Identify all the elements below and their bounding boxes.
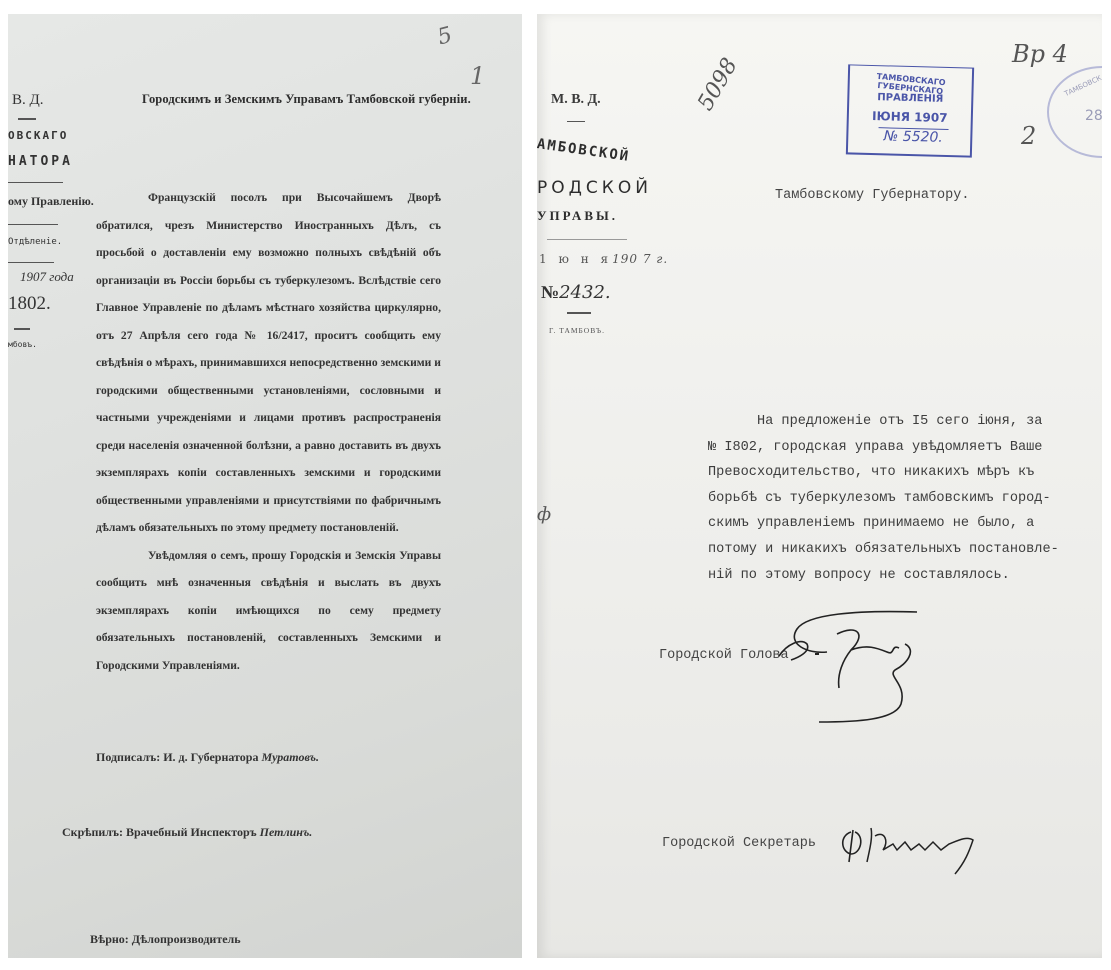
ministry-heading: В. Д. xyxy=(12,92,44,109)
signature-line: Подписалъ: И. д. Губернатора Муратовъ. xyxy=(96,750,319,765)
divider xyxy=(8,224,58,225)
document-date: 1 ю н я190 7 г. xyxy=(539,252,668,266)
addressee: Тамбовскому Губернатору. xyxy=(775,188,969,203)
office-line-1: ОВСКАГО xyxy=(8,129,68,142)
secretary-signature-icon xyxy=(837,822,987,882)
body-line: На предложеніе отъ I5 сего іюня, за xyxy=(708,409,1098,435)
body-line: борьбѣ съ туберкулезомъ тамбовскимъ горо… xyxy=(708,486,1098,512)
body-paragraph: Французскій посолъ при Высочайшемъ Дворѣ… xyxy=(96,184,441,542)
body-line: № I802, городская управа увѣдомляетъ Ваш… xyxy=(708,435,1098,461)
signed-label: Подписалъ: И. д. Губернатора xyxy=(96,750,258,764)
board-name: ому Правленію. xyxy=(8,194,94,209)
city-name: мбовъ. xyxy=(8,340,37,349)
document-number: №2432. xyxy=(541,282,611,303)
mayor-signature-icon xyxy=(767,604,947,734)
document-body: На предложеніе отъ I5 сего іюня, за № I8… xyxy=(708,409,1098,588)
countersigned-label: Скрѣпилъ: Врачебный Инспекторъ xyxy=(62,825,257,839)
certified-line: Вѣрно: Дѣлопроизводитель xyxy=(90,932,241,947)
office-line-1: АМБОВСКОЙ xyxy=(537,136,631,165)
body-line: потому и никакихъ обязательныхъ постанов… xyxy=(708,537,1098,563)
countersigned-name: Петлинъ. xyxy=(260,825,313,839)
countersignature-line: Скрѣпилъ: Врачебный Инспекторъ Петлинъ. xyxy=(62,825,312,840)
mayor-signature-label: Городской Голова xyxy=(659,648,789,663)
registry-stamp: ТАМБОВСКАГО ГУБЕРНСКАГО ПРАВЛЕНІЯ ІЮНЯ 1… xyxy=(846,64,974,157)
body-paragraph: Увѣдомляя о семъ, прошу Городскія и Земс… xyxy=(96,542,441,680)
left-document-page: В. Д. ОВСКАГО НАТОРА ому Правленію. Отдѣ… xyxy=(8,14,522,958)
divider xyxy=(547,239,627,240)
handwritten-note: 2 xyxy=(1021,122,1036,150)
oval-stamp: ТАМБОВСК 28. IV xyxy=(1047,66,1102,158)
divider xyxy=(14,328,30,330)
divider xyxy=(18,118,36,120)
office-line-2: НАТОРА xyxy=(8,154,73,169)
signed-name: Муратовъ. xyxy=(261,750,319,764)
handwritten-number: 5098 xyxy=(693,54,743,115)
document-body: Французскій посолъ при Высочайшемъ Дворѣ… xyxy=(96,184,441,679)
divider xyxy=(8,262,54,263)
margin-note: 5 xyxy=(435,23,455,51)
secretary-signature-label: Городской Секретарь xyxy=(662,836,816,851)
document-number: 1802. xyxy=(8,293,51,315)
ministry-heading: М. В. Д. xyxy=(551,92,601,108)
margin-note: ф xyxy=(537,504,551,525)
office-line-2: РОДСКОЙ xyxy=(537,178,652,198)
office-line-3: УПРАВЫ. xyxy=(537,208,618,224)
document-address: Городскимъ и Земскимъ Управамъ Тамбовско… xyxy=(142,92,471,107)
body-line: Превосходительство, что никакихъ мѣръ къ xyxy=(708,460,1098,486)
handwritten-note: Вр 4 xyxy=(1012,40,1068,68)
margin-note: 1 xyxy=(470,62,485,90)
body-line: ній по этому вопросу не составлялось. xyxy=(708,563,1098,589)
document-date: 1907 года xyxy=(20,269,74,285)
city-name: Г. ТАМБОВЪ. xyxy=(549,326,605,335)
divider xyxy=(8,182,63,183)
body-line: скимъ управленіемъ принимаемо не было, а xyxy=(708,511,1098,537)
divider xyxy=(567,121,585,122)
divider xyxy=(567,312,591,314)
right-document-page: М. В. Д. АМБОВСКОЙ РОДСКОЙ УПРАВЫ. 1 ю н… xyxy=(537,14,1102,958)
department-name: Отдѣленіе. xyxy=(8,237,62,247)
